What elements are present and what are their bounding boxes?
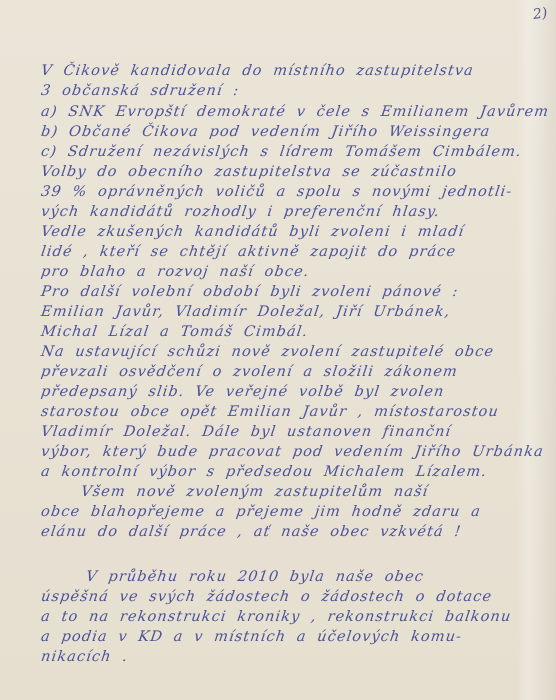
text-line: nikacích . [40, 649, 129, 665]
text-line: pro blaho a rozvoj naší obce. [40, 264, 311, 280]
list-item-b: b) Občané Čikova pod vedením Jiřího Weis… [40, 124, 491, 140]
text-line: Michal Lízal a Tomáš Cimbál. [40, 324, 309, 340]
list-item-c: c) Sdružení nezávislých s lídrem Tomášem… [40, 144, 523, 160]
text-line: elánu do další práce , ať naše obec vzkv… [40, 524, 462, 540]
text-line: starostou obce opět Emilian Javůr , míst… [40, 404, 500, 420]
text-line: Všem nově zvoleným zastupitelům naší [80, 484, 429, 500]
text-line: Pro další volební období byli zvoleni pá… [40, 284, 460, 300]
text-line: 39 % oprávněných voličů a spolu s novými… [40, 184, 513, 200]
handwritten-chronicle-page: 2) V Čikově kandidovala do místního zast… [0, 0, 556, 700]
text-line: úspěšná ve svých žádostech o žádostech o… [40, 589, 493, 605]
text-line: a podia v KD a v místních a účelových ko… [40, 629, 463, 645]
text-line: předepsaný slib. Ve veřejné volbě byl zv… [40, 384, 446, 400]
text-line: V průběhu roku 2010 byla naše obec [85, 569, 425, 585]
text-line: 3 občanská sdružení : [40, 83, 240, 99]
text-line: V Čikově kandidovala do místního zastupi… [40, 63, 475, 79]
text-line: lidé , kteří se chtějí aktivně zapojit d… [40, 244, 457, 260]
text-line: výbor, který bude pracovat pod vedením J… [40, 444, 545, 460]
text-line: obce blahopřejeme a přejeme jim hodně zd… [40, 504, 482, 520]
text-line: a kontrolní výbor s předsedou Michalem L… [40, 464, 488, 480]
text-line: Vedle zkušených kandidátů byli zvoleni i… [40, 224, 465, 240]
text-line: Volby do obecního zastupitelstva se zúča… [40, 164, 458, 180]
text-line: a to na rekonstrukci kroniky , rekonstru… [40, 609, 512, 625]
text-line: Na ustavující schůzi nově zvolení zastup… [40, 344, 495, 360]
handwritten-text-block: V Čikově kandidovala do místního zastupi… [0, 0, 556, 700]
text-line: převzali osvědčení o zvolení a složili z… [40, 364, 459, 380]
list-item-a: a) SNK Evropští demokraté v čele s Emili… [40, 104, 550, 120]
text-line: Emilian Javůr, Vladimír Doležal, Jiří Ur… [40, 304, 452, 320]
text-line: Vladimír Doležal. Dále byl ustanoven fin… [40, 424, 452, 440]
text-line: vých kandidátů rozhodly i preferenční hl… [40, 204, 441, 220]
